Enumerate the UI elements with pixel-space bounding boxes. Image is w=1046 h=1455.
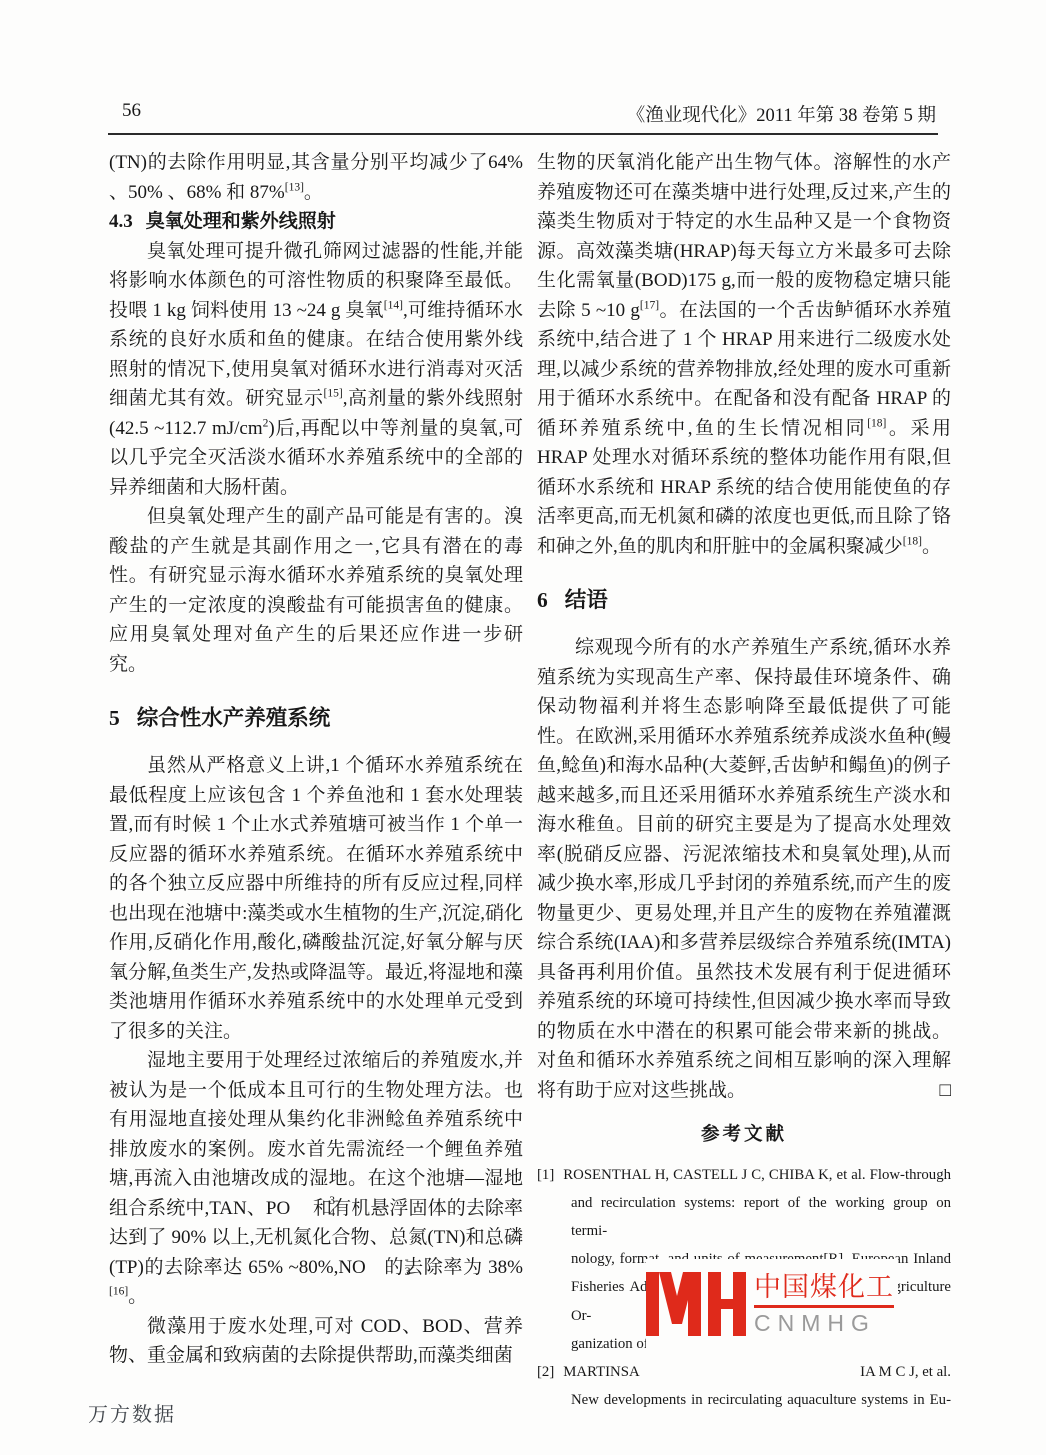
header-rule [108,133,938,135]
section-title: 结语 [565,588,608,612]
journal-page: 56 《渔业现代化》2011 年第 38 卷第 5 期 (TN)的去除作用明显,… [0,0,1046,1455]
end-of-article-mark: □ [902,1076,951,1106]
superscript-citation: [15] [324,388,343,400]
paragraph: 生物的厌氧消化能产出生物气体。溶解性的水产养殖废物还可在藻类塘中进行处理,反过来… [537,148,951,561]
watermark-logo-text: 中国煤化工 CNMHG [754,1272,894,1336]
watermark-logo: 中国煤化工 CNMHG [646,1259,898,1349]
superscript-citation: [18] [867,417,886,429]
section-number: 4.3 [109,211,133,232]
reference-number: [2] [537,1364,554,1380]
paragraph: 微藻用于废水处理,可对 COD、BOD、营养物、重金属和致病菌的去除提供帮助,而… [109,1312,523,1371]
reference-line: IA M C J, et al.[2]MARTINSA [537,1358,951,1386]
section-number: 5 [109,706,120,730]
superscript-citation: [18] [903,535,922,547]
paragraph: (TN)的去除作用明显,其含量分别平均减少了64% 、50% 、68% 和 87… [109,148,523,207]
section-title: 综合性水产养殖系统 [137,706,331,730]
journal-header: 《渔业现代化》2011 年第 38 卷第 5 期 [627,101,936,127]
watermark-logo-subtitle: CNMHG [754,1310,894,1336]
reference-line: [1]ROSENTHAL H, CASTELL J C, CHIBA K, et… [537,1161,951,1189]
watermark-logo-title: 中国煤化工 [754,1272,894,1308]
paragraph: 但臭氧处理产生的副产品可能是有害的。溴酸盐的产生就是其副作用之一,它具有潜在的毒… [109,502,523,679]
paragraph: 虽然从严格意义上讲,1 个循环水养殖系统在最低程度上应该包含 1 个养鱼池和 1… [109,751,523,1046]
paragraph: 臭氧处理可提升微孔筛网过滤器的性能,并能将影响水体颜色的可溶性物质的积聚降至最低… [109,237,523,503]
reference-line: and recirculation systems: report of the… [537,1189,951,1245]
reference-tail-text: IA M C J, et al. [860,1358,951,1386]
right-column: 生物的厌氧消化能产出生物气体。溶解性的水产养殖废物还可在藻类塘中进行处理,反过来… [537,148,951,1414]
chemical-sub-sup: -3 [367,1258,384,1278]
superscript-citation: [16] [109,1286,128,1298]
superscript-citation: [17] [640,299,659,311]
paragraph: 湿地主要用于处理经过浓缩后的养殖废水,并被认为是一个低成本且可行的生物处理方法。… [109,1046,523,1312]
reference-line: New developments in recirculating aquacu… [537,1386,951,1414]
section-title: 臭氧处理和紫外线照射 [146,211,336,232]
superscript-citation: 2 [263,417,269,429]
section-heading-5: 5综合性水产养殖系统 [109,703,523,733]
section-heading-6: 6结语 [537,585,951,615]
left-column: (TN)的去除作用明显,其含量分别平均减少了64% 、50% 、68% 和 87… [109,148,523,1371]
reference-number: [1] [537,1167,554,1183]
chemical-sub-sup: 3-4 [291,1199,308,1219]
section-number: 6 [537,588,548,612]
wanfang-watermark: 万方数据 [88,1398,176,1427]
page-number: 56 [122,100,141,122]
paragraph: 综观现今所有的水产养殖生产系统,循环水养殖系统为实现高生产率、保持最佳环境条件、… [537,633,951,1105]
superscript-citation: [14] [384,299,403,311]
superscript-citation: [13] [285,181,304,193]
cmhg-logo-icon [646,1272,746,1336]
references-heading: 参考文献 [537,1121,951,1151]
section-heading-4.3: 4.3臭氧处理和紫外线照射 [109,207,523,237]
